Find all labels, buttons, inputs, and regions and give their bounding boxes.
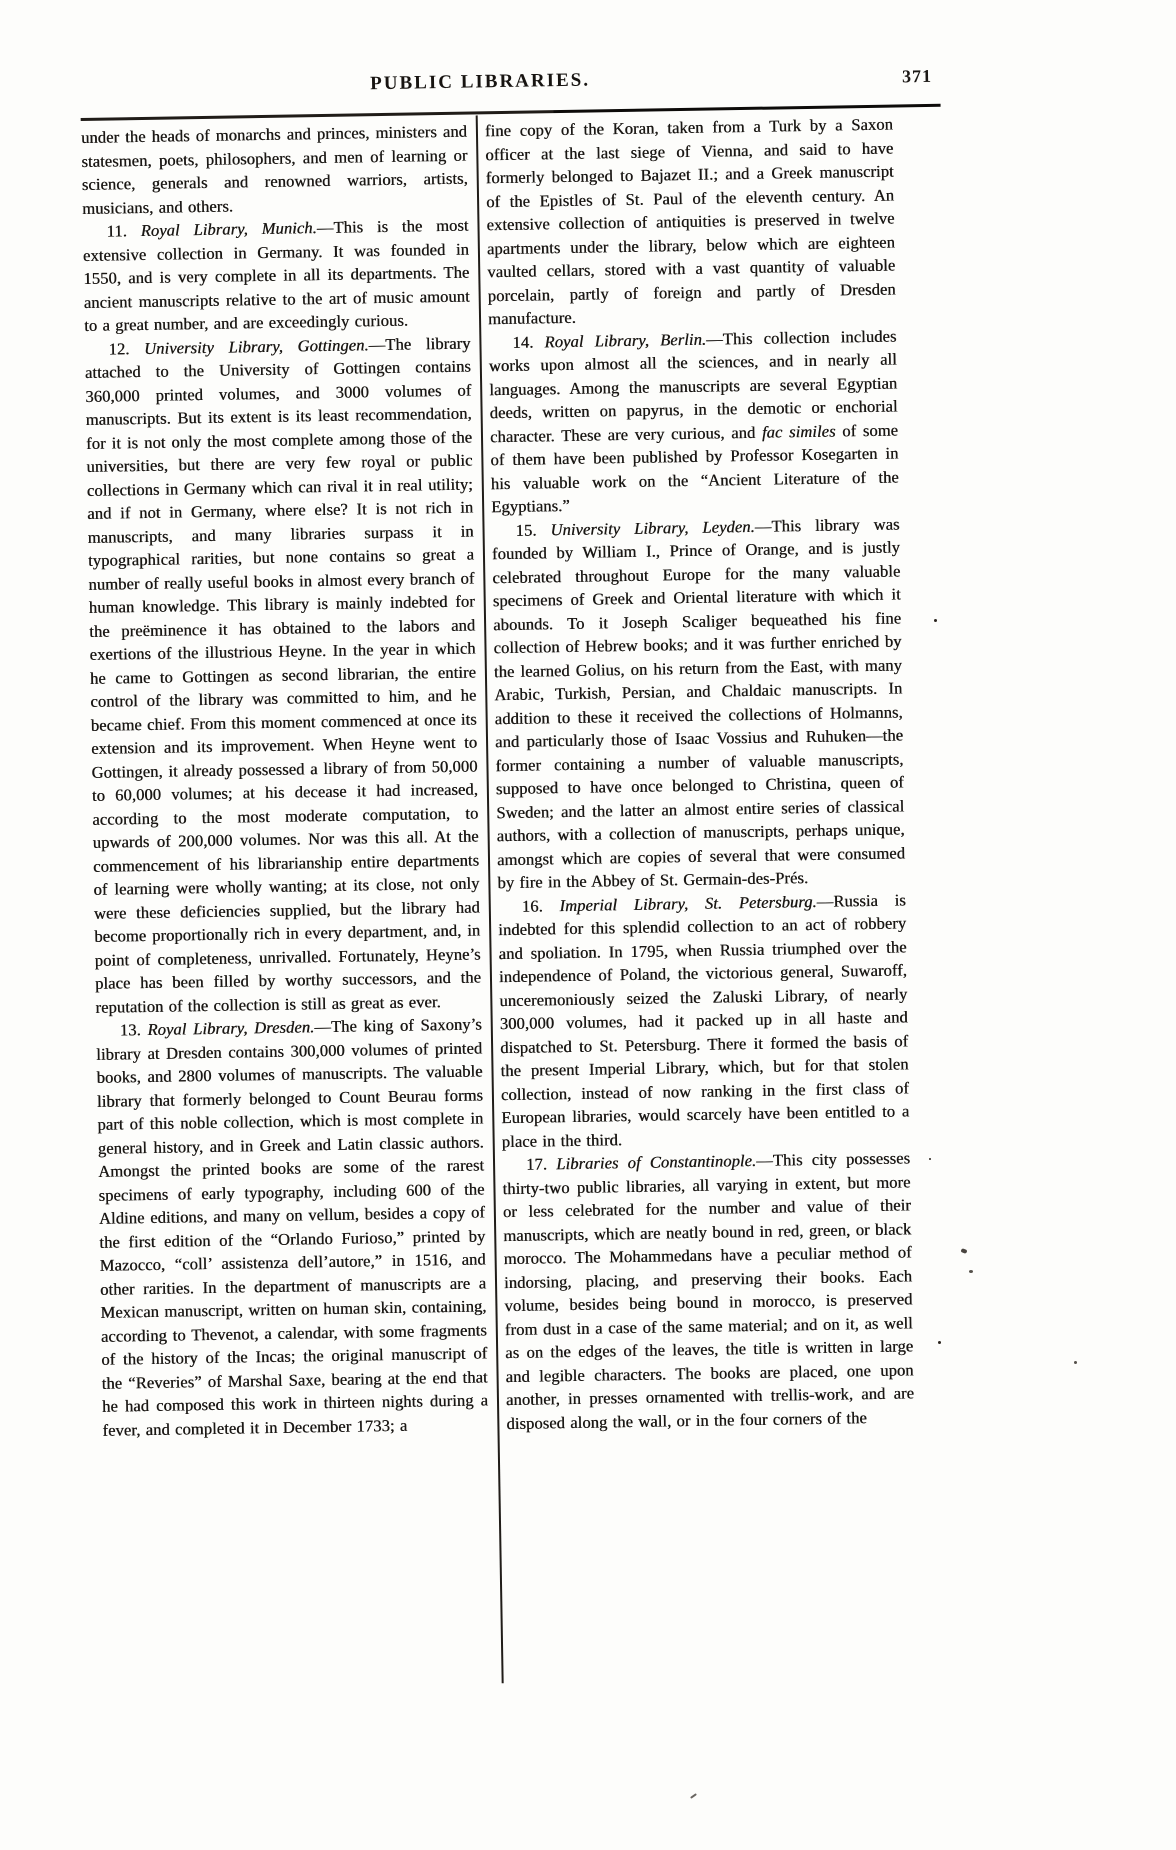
ink-speck xyxy=(969,1270,973,1273)
paragraph: 17. Libraries of Constantinople.—This ci… xyxy=(502,1146,915,1435)
ink-speck xyxy=(934,619,937,622)
paragraph: 15. University Library, Leyden.—This lib… xyxy=(491,512,905,895)
ink-speck xyxy=(929,1158,931,1160)
text-run: 12. xyxy=(108,338,144,358)
text-run: —This city possesses thirty-two public l… xyxy=(502,1148,914,1432)
text-run: —This library was founded by William I.,… xyxy=(492,514,905,892)
ink-speck xyxy=(690,1793,697,1799)
section-title: Royal Library, Dresden. xyxy=(147,1017,314,1039)
ink-speck xyxy=(960,1248,967,1254)
ink-speck xyxy=(938,1341,941,1344)
paragraph: 12. University Library, Gottingen.—The l… xyxy=(84,331,481,1019)
page-number: 371 xyxy=(902,66,932,87)
section-title: Libraries of Constantinople. xyxy=(556,1151,756,1173)
section-title: fac similes xyxy=(762,421,836,441)
ink-speck xyxy=(1074,1361,1077,1364)
book-page: PUBLIC LIBRARIES. 371 under the heads of… xyxy=(0,0,1176,1850)
section-title: Imperial Library, St. Petersburg. xyxy=(559,891,817,914)
text-run: 15. xyxy=(515,520,550,540)
paragraph: under the heads of monarchs and princes,… xyxy=(81,120,469,220)
text-run: 13. xyxy=(120,1020,148,1039)
text-run: under the heads of monarchs and princes,… xyxy=(81,122,468,218)
paragraph: 13. Royal Library, Dresden.—The king of … xyxy=(96,1012,489,1441)
section-title: Royal Library, Berlin. xyxy=(544,329,706,351)
section-title: Royal Library, Munich. xyxy=(140,218,316,240)
text-run: 11. xyxy=(106,221,140,241)
section-title: University Library, Leyden. xyxy=(550,516,755,538)
left-column: under the heads of monarchs and princes,… xyxy=(81,120,489,1442)
text-run: —The king of Saxony’s library at Dresden… xyxy=(96,1014,488,1439)
text-columns: under the heads of monarchs and princes,… xyxy=(81,113,915,1442)
text-run: 14. xyxy=(512,332,544,352)
page-content: PUBLIC LIBRARIES. 371 under the heads of… xyxy=(80,65,892,112)
text-run: 17. xyxy=(526,1154,556,1173)
paragraph: 16. Imperial Library, St. Petersburg.—Ru… xyxy=(498,888,910,1153)
paragraph: fine copy of the Koran, taken from a Tur… xyxy=(485,113,896,331)
section-title: University Library, Gottingen. xyxy=(144,335,369,358)
paragraph: 14. Royal Library, Berlin.—This collecti… xyxy=(488,324,899,519)
paragraph: 11. Royal Library, Munich.—This is the m… xyxy=(82,214,470,338)
right-column: fine copy of the Koran, taken from a Tur… xyxy=(485,113,915,1436)
running-head: PUBLIC LIBRARIES. 371 xyxy=(80,65,880,112)
text-run: —Russia is indebted for this splendid co… xyxy=(498,890,909,1151)
text-run: 16. xyxy=(522,896,560,916)
text-run: fine copy of the Koran, taken from a Tur… xyxy=(485,115,896,329)
text-run: —The library attached to the University … xyxy=(85,333,481,1016)
page-title: PUBLIC LIBRARIES. xyxy=(80,65,880,100)
